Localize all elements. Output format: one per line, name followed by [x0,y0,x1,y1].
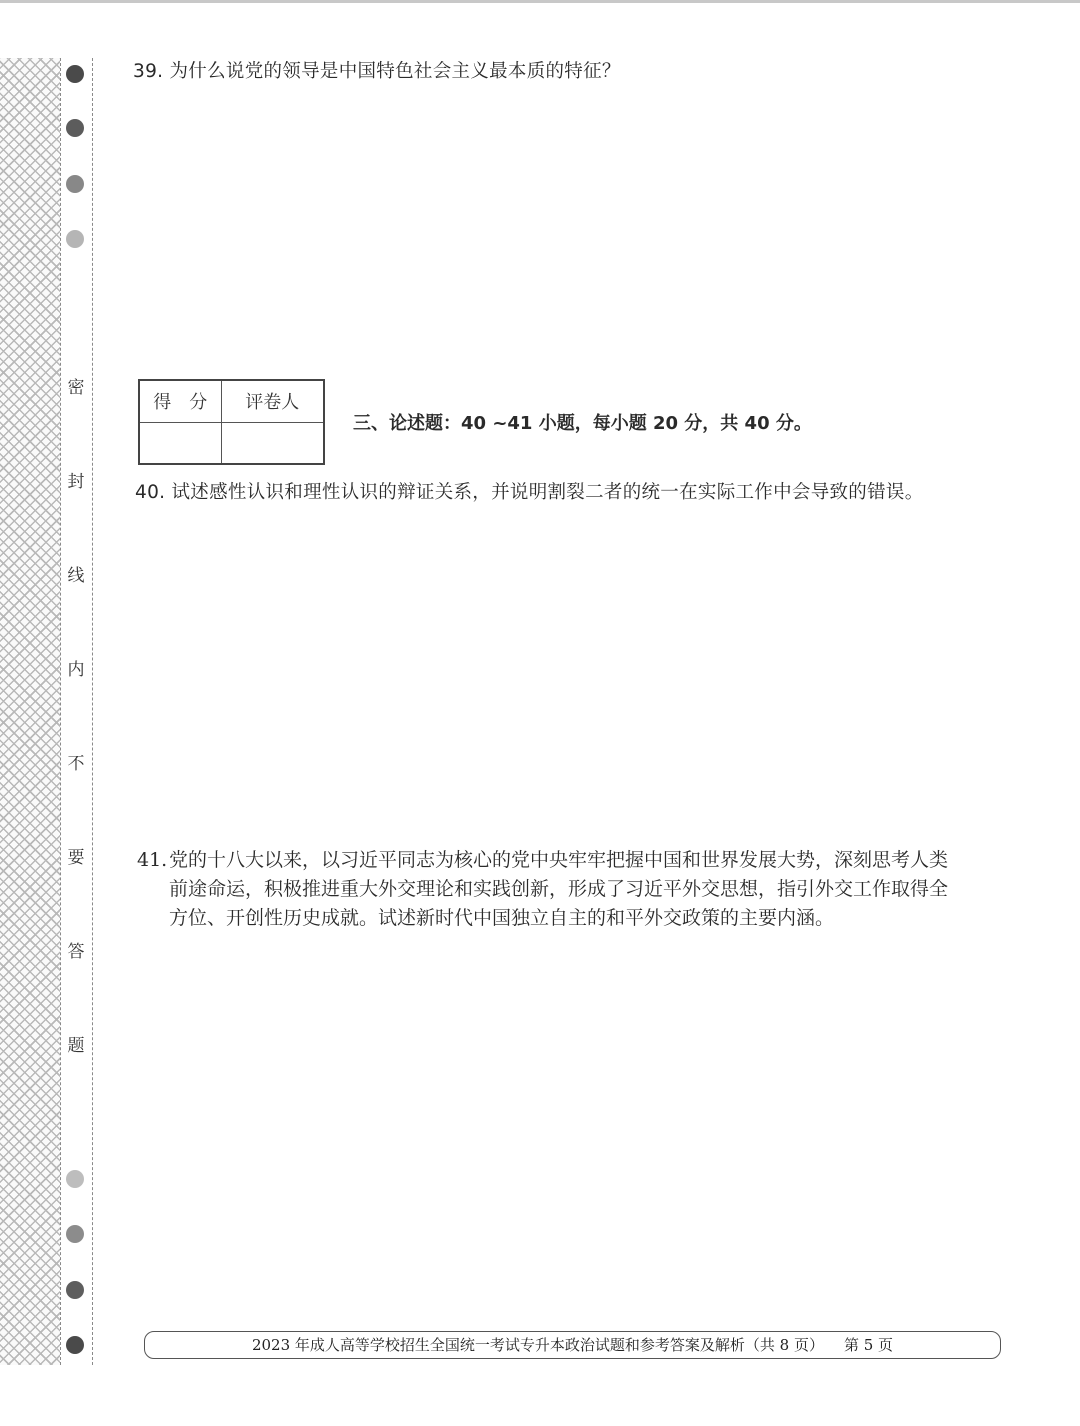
seal-line-char: 不 [66,749,86,774]
binding-dashed-line-inner [92,58,93,1365]
page-footer: 2023 年成人高等学校招生全国统一考试专升本政治试题和参考答案及解析（共 8 … [144,1331,1001,1359]
question-39: 39. 为什么说党的领导是中国特色社会主义最本质的特征？ [133,57,621,83]
grader-cell[interactable] [221,422,324,464]
question-41-line: 方位、开创性历史成就。试述新时代中国独立自主的和平外交政策的主要内涵。 [137,904,1017,933]
seal-line-char: 要 [66,843,86,868]
question-41-line: 党的十八大以来，以习近平同志为核心的党中央牢牢把握中国和世界发展大势，深刻思考人… [169,849,948,871]
score-cell[interactable] [139,422,221,464]
seal-line-char: 密 [66,373,86,398]
question-41-line: 前途命运，积极推进重大外交理论和实践创新，形成了习近平外交思想，指引外交工作取得… [137,875,1017,904]
binding-hole-dot [66,175,84,193]
question-number: 41. [137,846,169,875]
seal-line-char: 答 [66,937,86,962]
seal-line-char: 题 [66,1031,86,1056]
question-41: 41.党的十八大以来，以习近平同志为核心的党中央牢牢把握中国和世界发展大势，深刻… [137,846,1017,933]
score-box: 得 分 评卷人 [138,379,325,465]
seal-line-char: 封 [66,467,86,492]
binding-hole-dot [66,119,84,137]
question-40: 40. 试述感性认识和理性认识的辩证关系，并说明割裂二者的统一在实际工作中会导致… [135,478,924,504]
score-header: 得 分 [139,380,221,422]
binding-hole-dot [66,65,84,83]
binding-hole-dot [66,1281,84,1299]
section-heading: 三、论述题：40 ~41 小题，每小题 20 分，共 40 分。 [353,409,812,435]
binding-hole-dot [66,1225,84,1243]
footer-title: 2023 年成人高等学校招生全国统一考试专升本政治试题和参考答案及解析（共 8 … [252,1336,824,1354]
grader-header: 评卷人 [221,380,324,422]
seal-line-char: 内 [66,655,86,680]
binding-hole-dot [66,1170,84,1188]
page-number: 第 5 页 [844,1336,893,1354]
page-top-edge [0,0,1080,3]
seal-line-char: 线 [66,561,86,586]
binding-hole-dot [66,1336,84,1354]
binding-hole-dot [66,230,84,248]
binding-margin-hatch [0,58,60,1365]
binding-dashed-line-outer [60,58,61,1365]
